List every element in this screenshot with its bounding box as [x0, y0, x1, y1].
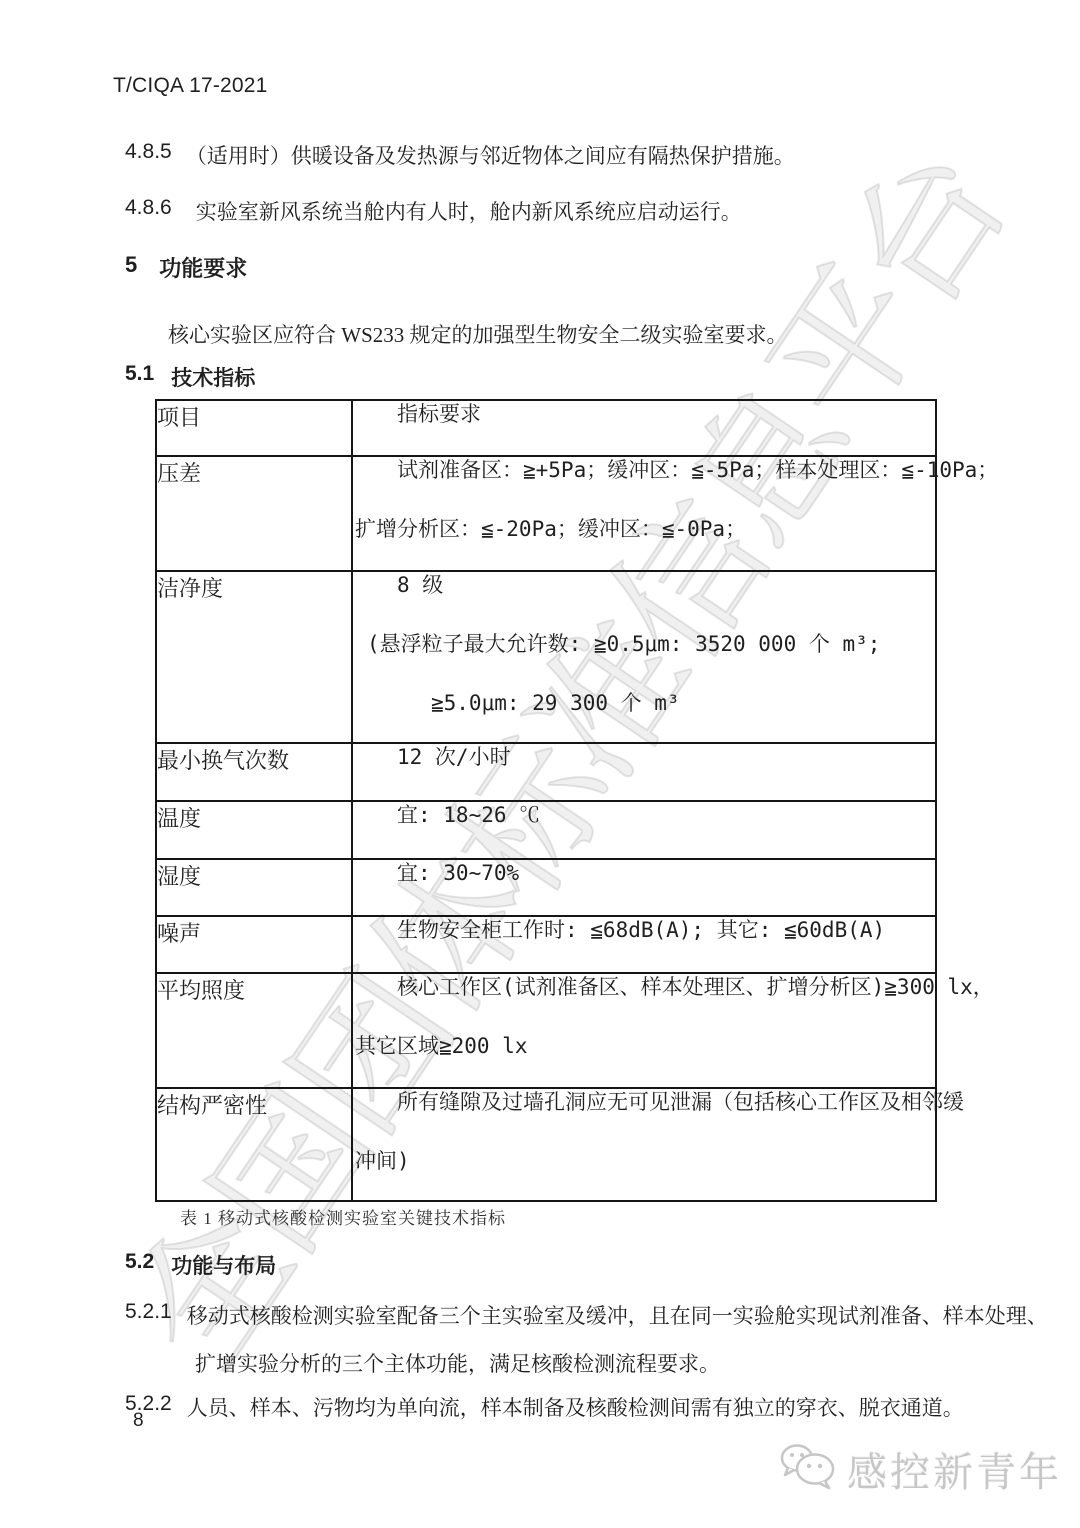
footer-brand-text: 感控新青年: [847, 1441, 1062, 1498]
col-header-requirement: 指标要求: [352, 400, 936, 456]
value-line: 其它区域≧200 lx: [353, 1033, 935, 1059]
clause-5-2-1-continued: 扩增实验分析的三个主体功能，满足核酸检测流程要求。: [195, 1348, 720, 1378]
table-row-illuminance: 平均照度 核心工作区(试剂准备区、样本处理区、扩增分析区)≧300 lx， 其它…: [156, 973, 936, 1088]
table-row-noise: 噪声 生物安全柜工作时: ≦68dB(A); 其它: ≦60dB(A): [156, 916, 936, 973]
row-value: 试剂准备区：≧+5Pa；缓冲区：≦-5Pa；样本处理区：≦-10Pa； 扩增分析…: [352, 456, 936, 571]
row-value: 生物安全柜工作时: ≦68dB(A); 其它: ≦60dB(A): [352, 916, 936, 973]
section-title: 技术指标: [171, 362, 255, 392]
section-number: 5: [125, 252, 137, 283]
row-label: 噪声: [156, 916, 352, 973]
clause-5-2-1: 5.2.1 移动式核酸检测实验室配备三个主实验室及缓冲，且在同一实验舱实现试剂准…: [125, 1300, 1048, 1330]
value-line: 宜: 18~26 ℃: [353, 802, 935, 828]
section-number: 5.2: [125, 1250, 154, 1280]
table-row-air-change: 最小换气次数 12 次/小时: [156, 743, 936, 801]
clause-number: 5.2.1: [125, 1300, 172, 1330]
spec-table: 项目 指标要求 压差 试剂准备区：≧+5Pa；缓冲区：≦-5Pa；样本处理区：≦…: [155, 399, 937, 1202]
row-label: 最小换气次数: [156, 743, 352, 801]
section-heading-5-2: 5.2 功能与布局: [125, 1250, 276, 1280]
wechat-logo-icon: [777, 1440, 839, 1499]
row-label: 湿度: [156, 859, 352, 916]
value-line: 8 级: [353, 572, 935, 598]
value-line: 冲间): [353, 1148, 935, 1174]
row-label: 结构严密性: [156, 1088, 352, 1201]
row-label: 温度: [156, 801, 352, 859]
clause-number: 4.8.6: [125, 196, 172, 226]
row-value: 12 次/小时: [352, 743, 936, 801]
table-caption: 表 1 移动式核酸检测实验室关键技术指标: [180, 1204, 506, 1229]
row-value: 8 级 (悬浮粒子最大允许数: ≧0.5μm: 3520 000 个 m³; ≧…: [352, 571, 936, 743]
clause-text: 移动式核酸检测实验室配备三个主实验室及缓冲，且在同一实验舱实现试剂准备、样本处理…: [187, 1300, 1048, 1330]
clause-number: 5.2.2: [125, 1392, 172, 1422]
row-value: 所有缝隙及过墙孔洞应无可见泄漏（包括核心工作区及相邻缓 冲间): [352, 1088, 936, 1201]
value-line: 生物安全柜工作时: ≦68dB(A); 其它: ≦60dB(A): [353, 917, 935, 943]
value-line: (悬浮粒子最大允许数: ≧0.5μm: 3520 000 个 m³;: [353, 631, 935, 657]
table-row-humidity: 湿度 宜: 30~70%: [156, 859, 936, 916]
value-line: 宜: 30~70%: [353, 860, 935, 886]
document-page: 全国团体标准信息平台 T/CIQA 17-2021 4.8.5 （适用时）供暖设…: [0, 0, 1080, 1528]
table-row-structural-tightness: 结构严密性 所有缝隙及过墙孔洞应无可见泄漏（包括核心工作区及相邻缓 冲间): [156, 1088, 936, 1201]
clause-4-8-5: 4.8.5 （适用时）供暖设备及发热源与邻近物体之间应有隔热保护措施。: [125, 140, 795, 170]
clause-text: （适用时）供暖设备及发热源与邻近物体之间应有隔热保护措施。: [186, 140, 795, 170]
clause-text: 实验室新风系统当舱内有人时，舱内新风系统应启动运行。: [196, 196, 742, 226]
col-header-item: 项目: [156, 400, 352, 456]
table-row-pressure: 压差 试剂准备区：≧+5Pa；缓冲区：≦-5Pa；样本处理区：≦-10Pa； 扩…: [156, 456, 936, 571]
row-label: 洁净度: [156, 571, 352, 743]
row-value: 宜: 18~26 ℃: [352, 801, 936, 859]
clause-4-8-6: 4.8.6 实验室新风系统当舱内有人时，舱内新风系统应启动运行。: [125, 196, 742, 226]
intro-paragraph: 核心实验区应符合 WS233 规定的加强型生物安全二级实验室要求。: [168, 319, 788, 349]
doc-code: T/CIQA 17-2021: [113, 74, 268, 98]
clause-text: 扩增实验分析的三个主体功能，满足核酸检测流程要求。: [195, 1348, 720, 1378]
footer-brand: 感控新青年: [777, 1440, 1062, 1499]
row-label: 平均照度: [156, 973, 352, 1088]
table-row-cleanliness: 洁净度 8 级 (悬浮粒子最大允许数: ≧0.5μm: 3520 000 个 m…: [156, 571, 936, 743]
table-header-row: 项目 指标要求: [156, 400, 936, 456]
value-line: 所有缝隙及过墙孔洞应无可见泄漏（包括核心工作区及相邻缓: [353, 1089, 935, 1115]
section-title: 功能与布局: [171, 1250, 276, 1280]
value-line: 试剂准备区：≧+5Pa；缓冲区：≦-5Pa；样本处理区：≦-10Pa；: [353, 457, 935, 483]
section-number: 5.1: [125, 362, 154, 392]
section-heading-5-1: 5.1 技术指标: [125, 362, 255, 392]
clause-number: 4.8.5: [125, 140, 172, 170]
section-title: 功能要求: [159, 252, 247, 283]
table-row-temperature: 温度 宜: 18~26 ℃: [156, 801, 936, 859]
page-number: 8: [133, 1410, 144, 1432]
value-line: 扩增分析区：≦-20Pa；缓冲区：≦-0Pa；: [353, 516, 935, 542]
clause-text: 人员、样本、污物均为单向流，样本制备及核酸检测间需有独立的穿衣、脱衣通道。: [187, 1392, 964, 1422]
row-label: 压差: [156, 456, 352, 571]
value-line: 12 次/小时: [353, 744, 935, 770]
clause-5-2-2: 5.2.2 人员、样本、污物均为单向流，样本制备及核酸检测间需有独立的穿衣、脱衣…: [125, 1392, 964, 1422]
row-value: 核心工作区(试剂准备区、样本处理区、扩增分析区)≧300 lx， 其它区域≧20…: [352, 973, 936, 1088]
value-line: 核心工作区(试剂准备区、样本处理区、扩增分析区)≧300 lx，: [353, 974, 935, 1000]
value-line: ≧5.0μm: 29 300 个 m³: [353, 690, 935, 716]
section-heading-5: 5 功能要求: [125, 252, 247, 283]
row-value: 宜: 30~70%: [352, 859, 936, 916]
